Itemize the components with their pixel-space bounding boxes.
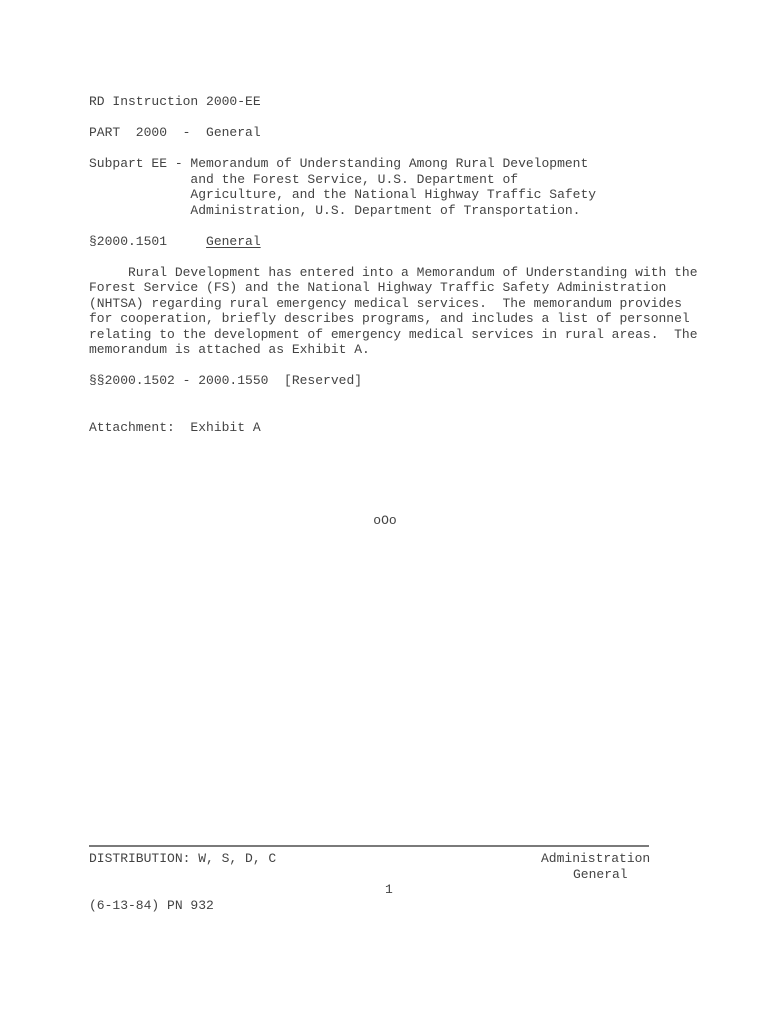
document-line: Rural Development has entered into a Mem… <box>0 265 770 281</box>
end-of-document-mark: oOo <box>0 513 770 529</box>
document-line: RD Instruction 2000-EE <box>0 94 770 110</box>
section-title-underlined: General <box>206 234 261 249</box>
document-line: for cooperation, briefly describes progr… <box>0 311 770 327</box>
document-line <box>0 358 770 374</box>
document-line <box>0 482 770 498</box>
document-line: and the Forest Service, U.S. Department … <box>0 172 770 188</box>
document-line <box>0 141 770 157</box>
document-line <box>0 497 770 513</box>
document-line <box>0 218 770 234</box>
distribution-code: DISTRIBUTION: W, S, D, C <box>89 851 276 867</box>
document-line <box>0 404 770 420</box>
date-pn-number: (6-13-84) PN 932 <box>89 898 214 914</box>
document-line <box>0 249 770 265</box>
document-line: Agriculture, and the National Highway Tr… <box>0 187 770 203</box>
document-line: memorandum is attached as Exhibit A. <box>0 342 770 358</box>
document-line: Forest Service (FS) and the National Hig… <box>0 280 770 296</box>
document-line <box>0 389 770 405</box>
document-line: (NHTSA) regarding rural emergency medica… <box>0 296 770 312</box>
section-number: §2000.1501 <box>89 234 206 249</box>
document-line: §2000.1501 General <box>0 234 770 250</box>
office-name: Administration <box>541 851 650 867</box>
office-subname: General <box>573 867 628 883</box>
document-line <box>0 110 770 126</box>
document-body: RD Instruction 2000-EEPART 2000 - Genera… <box>0 94 770 528</box>
document-line <box>0 451 770 467</box>
page-number: 1 <box>385 882 393 898</box>
document-line: Attachment: Exhibit A <box>0 420 770 436</box>
document-page: RD Instruction 2000-EEPART 2000 - Genera… <box>0 0 770 1024</box>
document-line: Subpart EE - Memorandum of Understanding… <box>0 156 770 172</box>
document-line <box>0 466 770 482</box>
document-line: PART 2000 - General <box>0 125 770 141</box>
document-line <box>0 435 770 451</box>
document-line: relating to the development of emergency… <box>0 327 770 343</box>
document-footer: DISTRIBUTION: W, S, D, C Administration … <box>0 851 770 921</box>
footer-divider <box>89 845 649 847</box>
document-line: Administration, U.S. Department of Trans… <box>0 203 770 219</box>
document-line: §§2000.1502 - 2000.1550 [Reserved] <box>0 373 770 389</box>
